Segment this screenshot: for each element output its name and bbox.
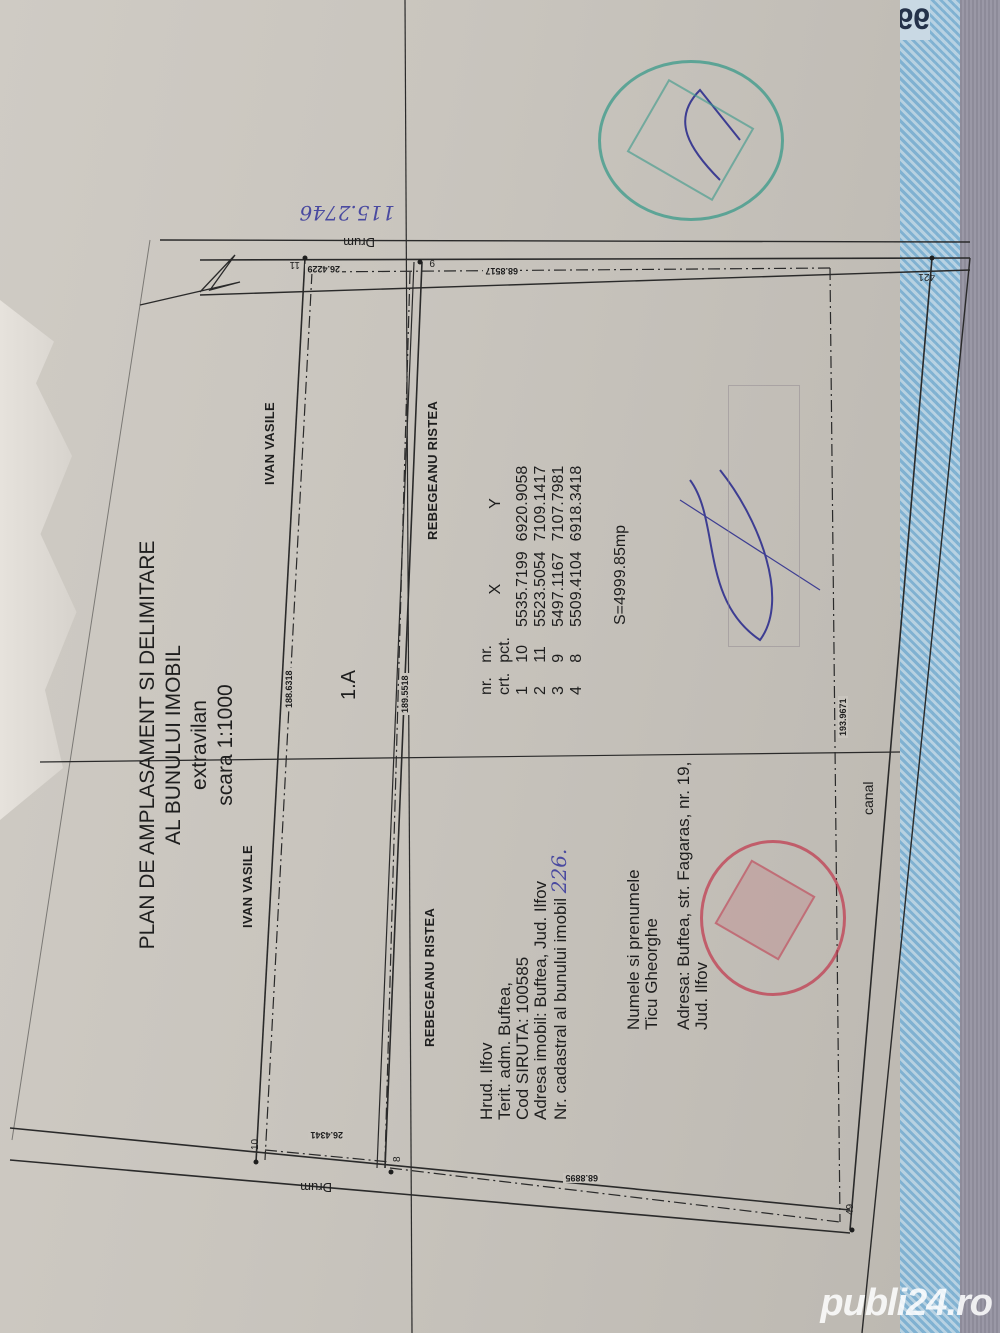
info-territory: Terit. adm. Buftea,: [496, 849, 514, 1120]
table-row: 1105535.71996920.9058: [514, 456, 532, 695]
rectangular-office-stamp: [728, 385, 800, 647]
red-stamp-emblem: [714, 859, 815, 960]
point-8: 8: [392, 1156, 403, 1162]
title-line-1: PLAN DE AMPLASAMENT SI DELIMITARE: [135, 505, 161, 985]
road-label-right: Drum: [343, 235, 375, 250]
plan-drawing: PLAN DE AMPLASAMENT SI DELIMITARE AL BUN…: [0, 0, 1000, 1333]
table-row: 2115523.50547109.1417: [532, 456, 550, 695]
coordinates-table: nr.crt. nr.pct. X Y 1105535.71996920.905…: [478, 456, 586, 695]
handwritten-note: 115.2746: [300, 201, 395, 225]
point-10: 10: [250, 1139, 261, 1150]
point-9: 9: [429, 257, 435, 268]
dimension-long-side-1: 188.6318: [284, 668, 294, 710]
info-cadastral-number: Nr. cadastral al bunului imobil 226.: [550, 849, 570, 1120]
info-siruta: Cod SIRUTA: 100585: [514, 849, 532, 1120]
dimension-main-top: 68.8517: [483, 266, 520, 276]
neighbor-ivan-vasile-2: IVAN VASILE: [262, 402, 277, 485]
table-row: 395497.11677107.7981: [550, 456, 568, 695]
dimension-main-bottom: 68.8895: [563, 1173, 600, 1183]
parcel-label: 1.A: [338, 670, 361, 700]
canal-label: canal: [860, 782, 876, 815]
area-label: S=4999.85mp: [612, 525, 630, 625]
dimension-strip-bottom: 26.4341: [308, 1130, 345, 1140]
info-hrud: Hrud. Ilfov: [478, 849, 496, 1120]
scale-label: scara 1:1000: [213, 505, 239, 985]
owner-address-line-1: Adresa: Buftea, str. Fagaras, nr. 19,: [675, 762, 693, 1030]
point-49: 49: [845, 1204, 856, 1215]
owner-name: Ticu Gheorghe: [643, 762, 661, 1030]
plan-title: PLAN DE AMPLASAMENT SI DELIMITARE AL BUN…: [135, 505, 239, 985]
table-header-row: nr.crt. nr.pct. X Y: [478, 456, 514, 695]
header-y: Y: [478, 456, 514, 542]
point-421: 421: [918, 271, 935, 282]
red-director-stamp: [700, 840, 846, 996]
dimension-strip-top: 26.4229: [305, 264, 342, 274]
dimension-long-side-2: 189.5518: [400, 673, 410, 715]
road-label-left: Drum: [300, 1180, 332, 1195]
dimension-long-side-3: 193.9671: [838, 696, 848, 738]
neighbor-ivan-vasile-1: IVAN VASILE: [240, 845, 255, 928]
owner-block: Numele si prenumele Ticu Gheorghe Adresa…: [625, 762, 711, 1030]
header-x: X: [478, 541, 514, 627]
point-11: 11: [290, 259, 300, 270]
table-row: 485509.41046918.3418: [568, 456, 586, 695]
zone-label: extravilan: [187, 505, 213, 985]
property-info: Hrud. Ilfov Terit. adm. Buftea, Cod SIRU…: [478, 849, 570, 1120]
title-line-2: AL BUNULUI IMOBIL: [161, 505, 187, 985]
neighbor-rebegeanu-ristea-1: REBEGEANU RISTEA: [425, 401, 440, 540]
neighbor-rebegeanu-ristea-2: REBEGEANU RISTEA: [422, 908, 437, 1047]
cadastral-number-handwritten: 226.: [547, 849, 571, 894]
owner-label: Numele si prenumele: [625, 762, 643, 1030]
green-stamp-inner-rect: [627, 79, 755, 201]
green-official-stamp: [598, 60, 784, 221]
publi24-watermark: publi24.ro: [820, 1282, 992, 1325]
